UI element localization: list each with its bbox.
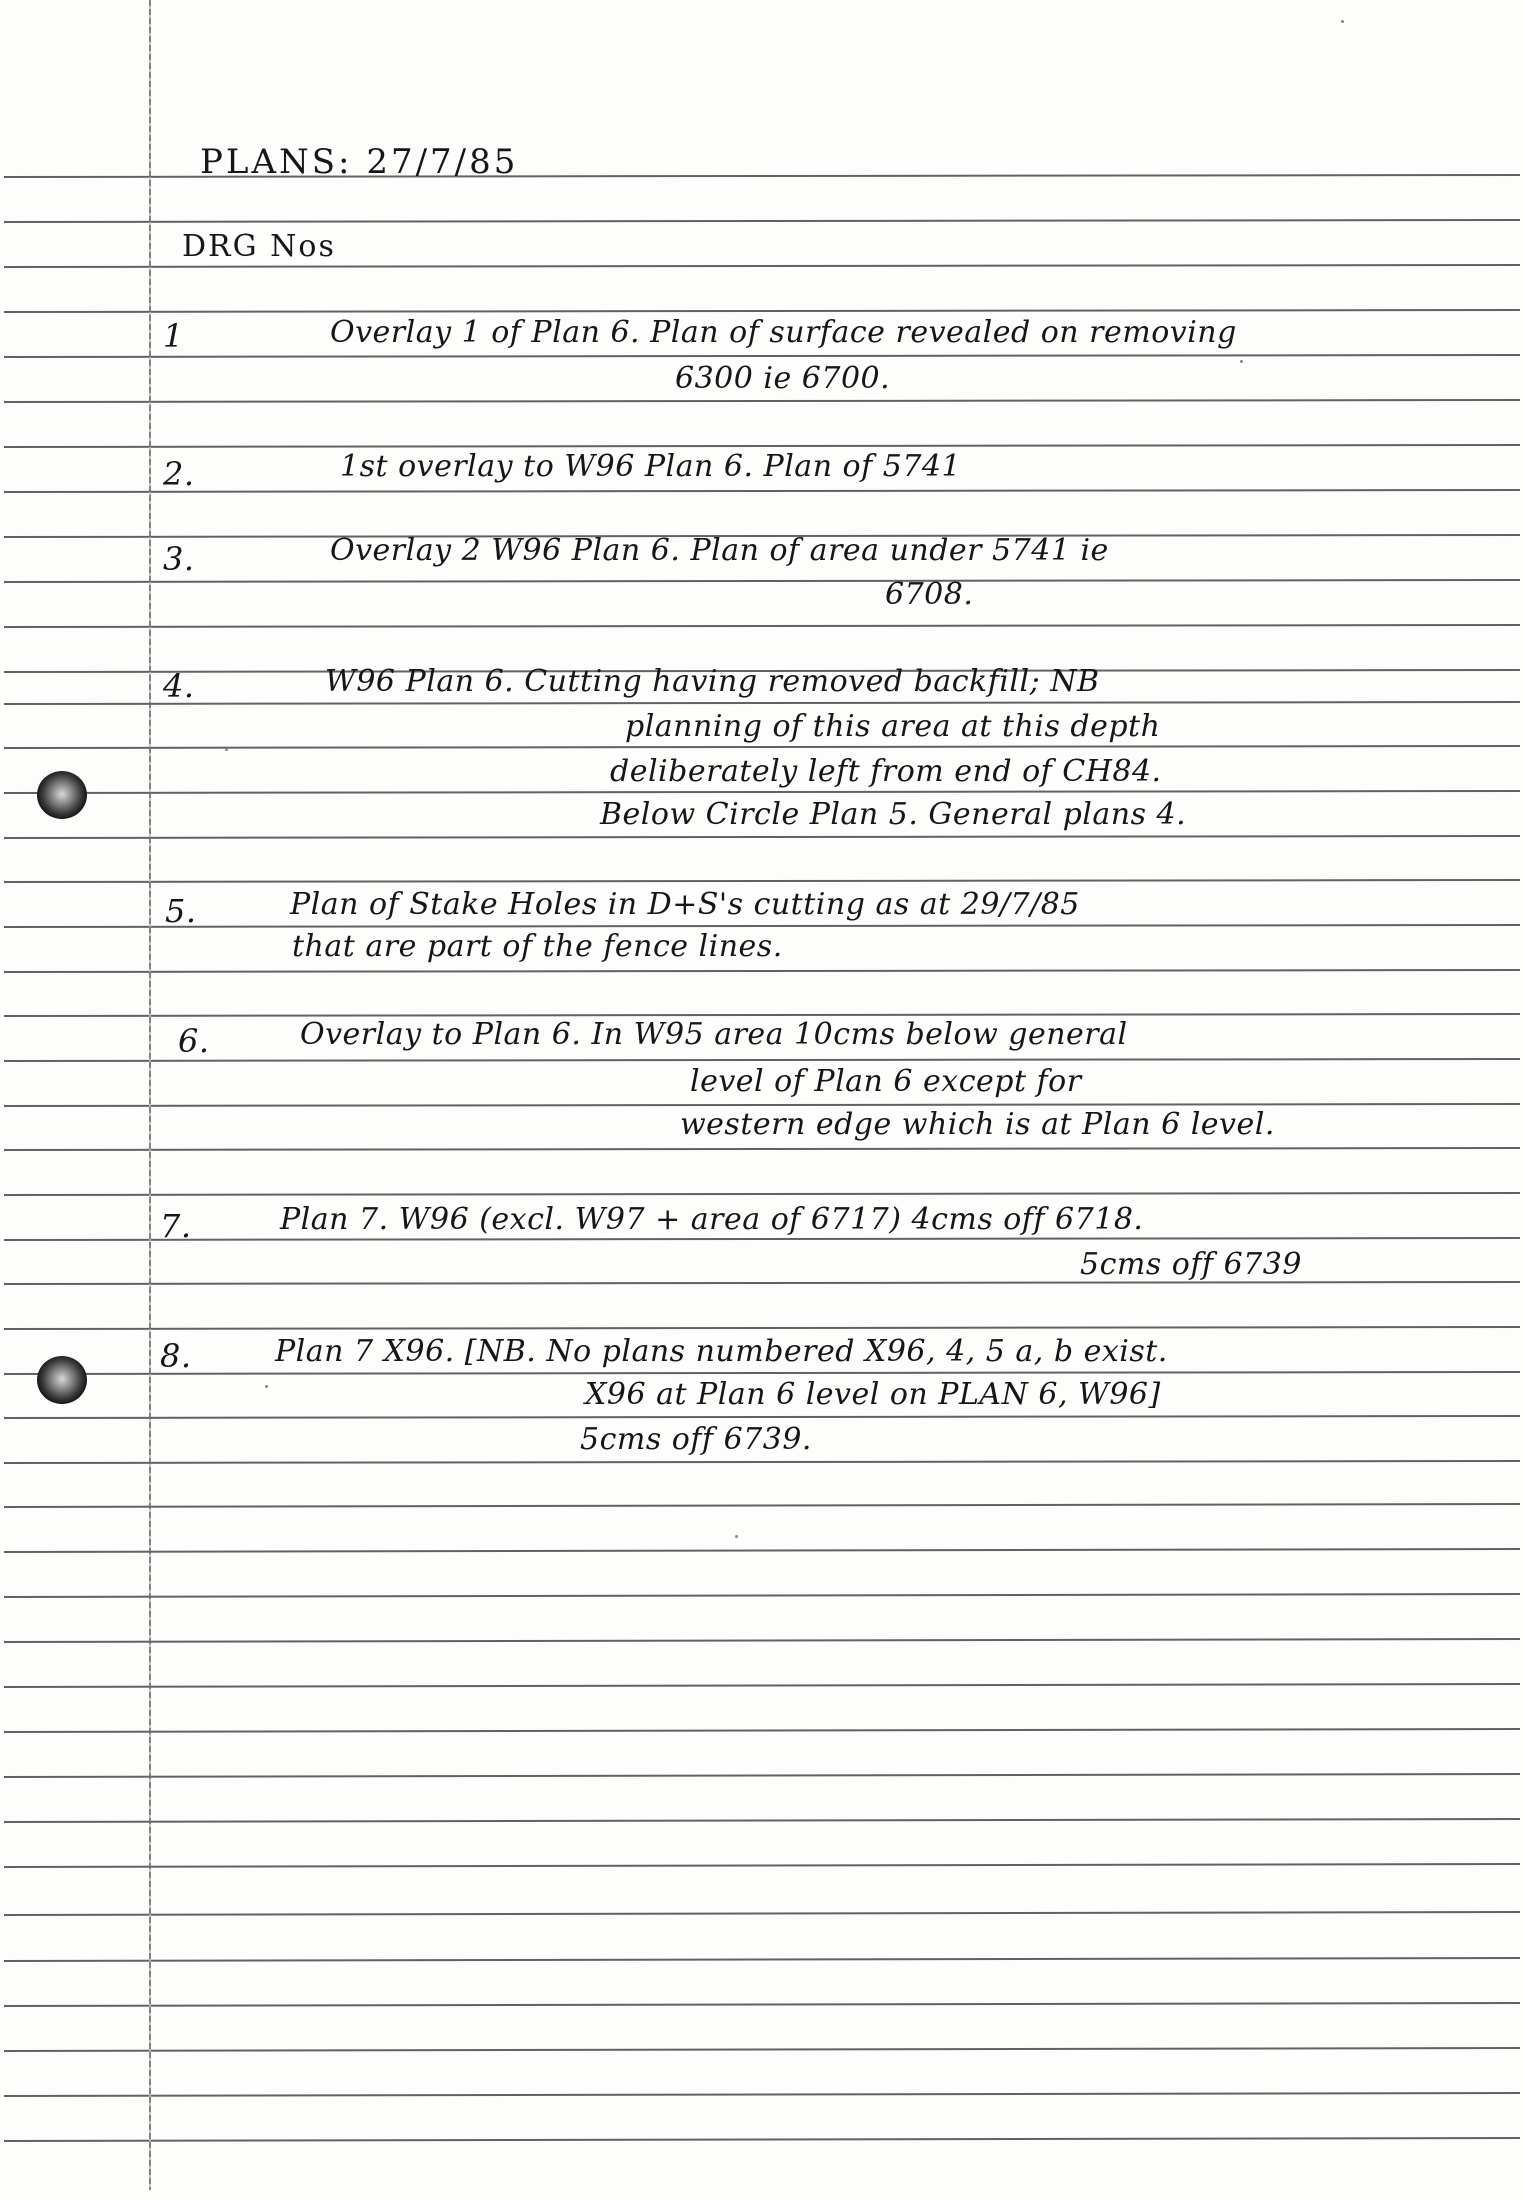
entry-number: 4. xyxy=(163,670,195,702)
entry-line: Plan 7 X96. [NB. No plans numbered X96, … xyxy=(275,1337,1168,1367)
paper-speck xyxy=(265,1385,268,1388)
entry-line: deliberately left from end of CH84. xyxy=(610,757,1162,787)
entry-number: 6. xyxy=(178,1025,210,1057)
entry-line: Plan 7. W96 (excl. W97 + area of 6717) 4… xyxy=(280,1205,1143,1235)
margin-line xyxy=(149,0,151,2190)
entry-line: planning of this area at this depth xyxy=(625,712,1160,742)
punch-hole-bottom xyxy=(37,1356,87,1404)
entry-line: 6708. xyxy=(885,580,973,610)
entry-line: Overlay 2 W96 Plan 6. Plan of area under… xyxy=(330,536,1109,566)
entry-line: level of Plan 6 except for xyxy=(690,1067,1082,1097)
entry-line: 1st overlay to W96 Plan 6. Plan of 5741 xyxy=(340,452,961,482)
punch-hole-top xyxy=(37,771,87,819)
entry-line: Below Circle Plan 5. General plans 4. xyxy=(600,800,1186,830)
paper-speck xyxy=(735,1535,738,1538)
page-title: PLANS: 27/7/85 xyxy=(200,145,518,179)
entry-number: 7. xyxy=(160,1210,192,1242)
entry-line: W96 Plan 6. Cutting having removed backf… xyxy=(325,667,1100,697)
entry-line: 6300 ie 6700. xyxy=(675,364,890,394)
entry-number: 3. xyxy=(163,543,195,575)
entry-line: 5cms off 6739. xyxy=(580,1425,812,1455)
entry-line: Overlay 1 of Plan 6. Plan of surface rev… xyxy=(330,318,1237,348)
entry-line: that are part of the fence lines. xyxy=(292,932,783,962)
entry-number: 8. xyxy=(160,1340,192,1372)
entry-number: 5. xyxy=(165,895,197,927)
entry-line: X96 at Plan 6 level on PLAN 6, W96] xyxy=(585,1380,1161,1410)
notebook-page: PLANS: 27/7/85 DRG Nos 1 Overlay 1 of Pl… xyxy=(0,0,1524,2200)
entry-line: Overlay to Plan 6. In W95 area 10cms bel… xyxy=(300,1020,1128,1050)
entry-number: 2. xyxy=(163,458,195,490)
entry-line: Plan of Stake Holes in D+S's cutting as … xyxy=(290,890,1080,920)
paper-speck xyxy=(225,748,228,751)
drawing-numbers-heading: DRG Nos xyxy=(182,232,336,262)
entry-number: 1 xyxy=(163,320,184,352)
entry-line: 5cms off 6739 xyxy=(1080,1250,1302,1280)
entry-line: western edge which is at Plan 6 level. xyxy=(680,1110,1275,1140)
paper-speck xyxy=(1341,20,1344,23)
paper-speck xyxy=(1240,360,1243,363)
